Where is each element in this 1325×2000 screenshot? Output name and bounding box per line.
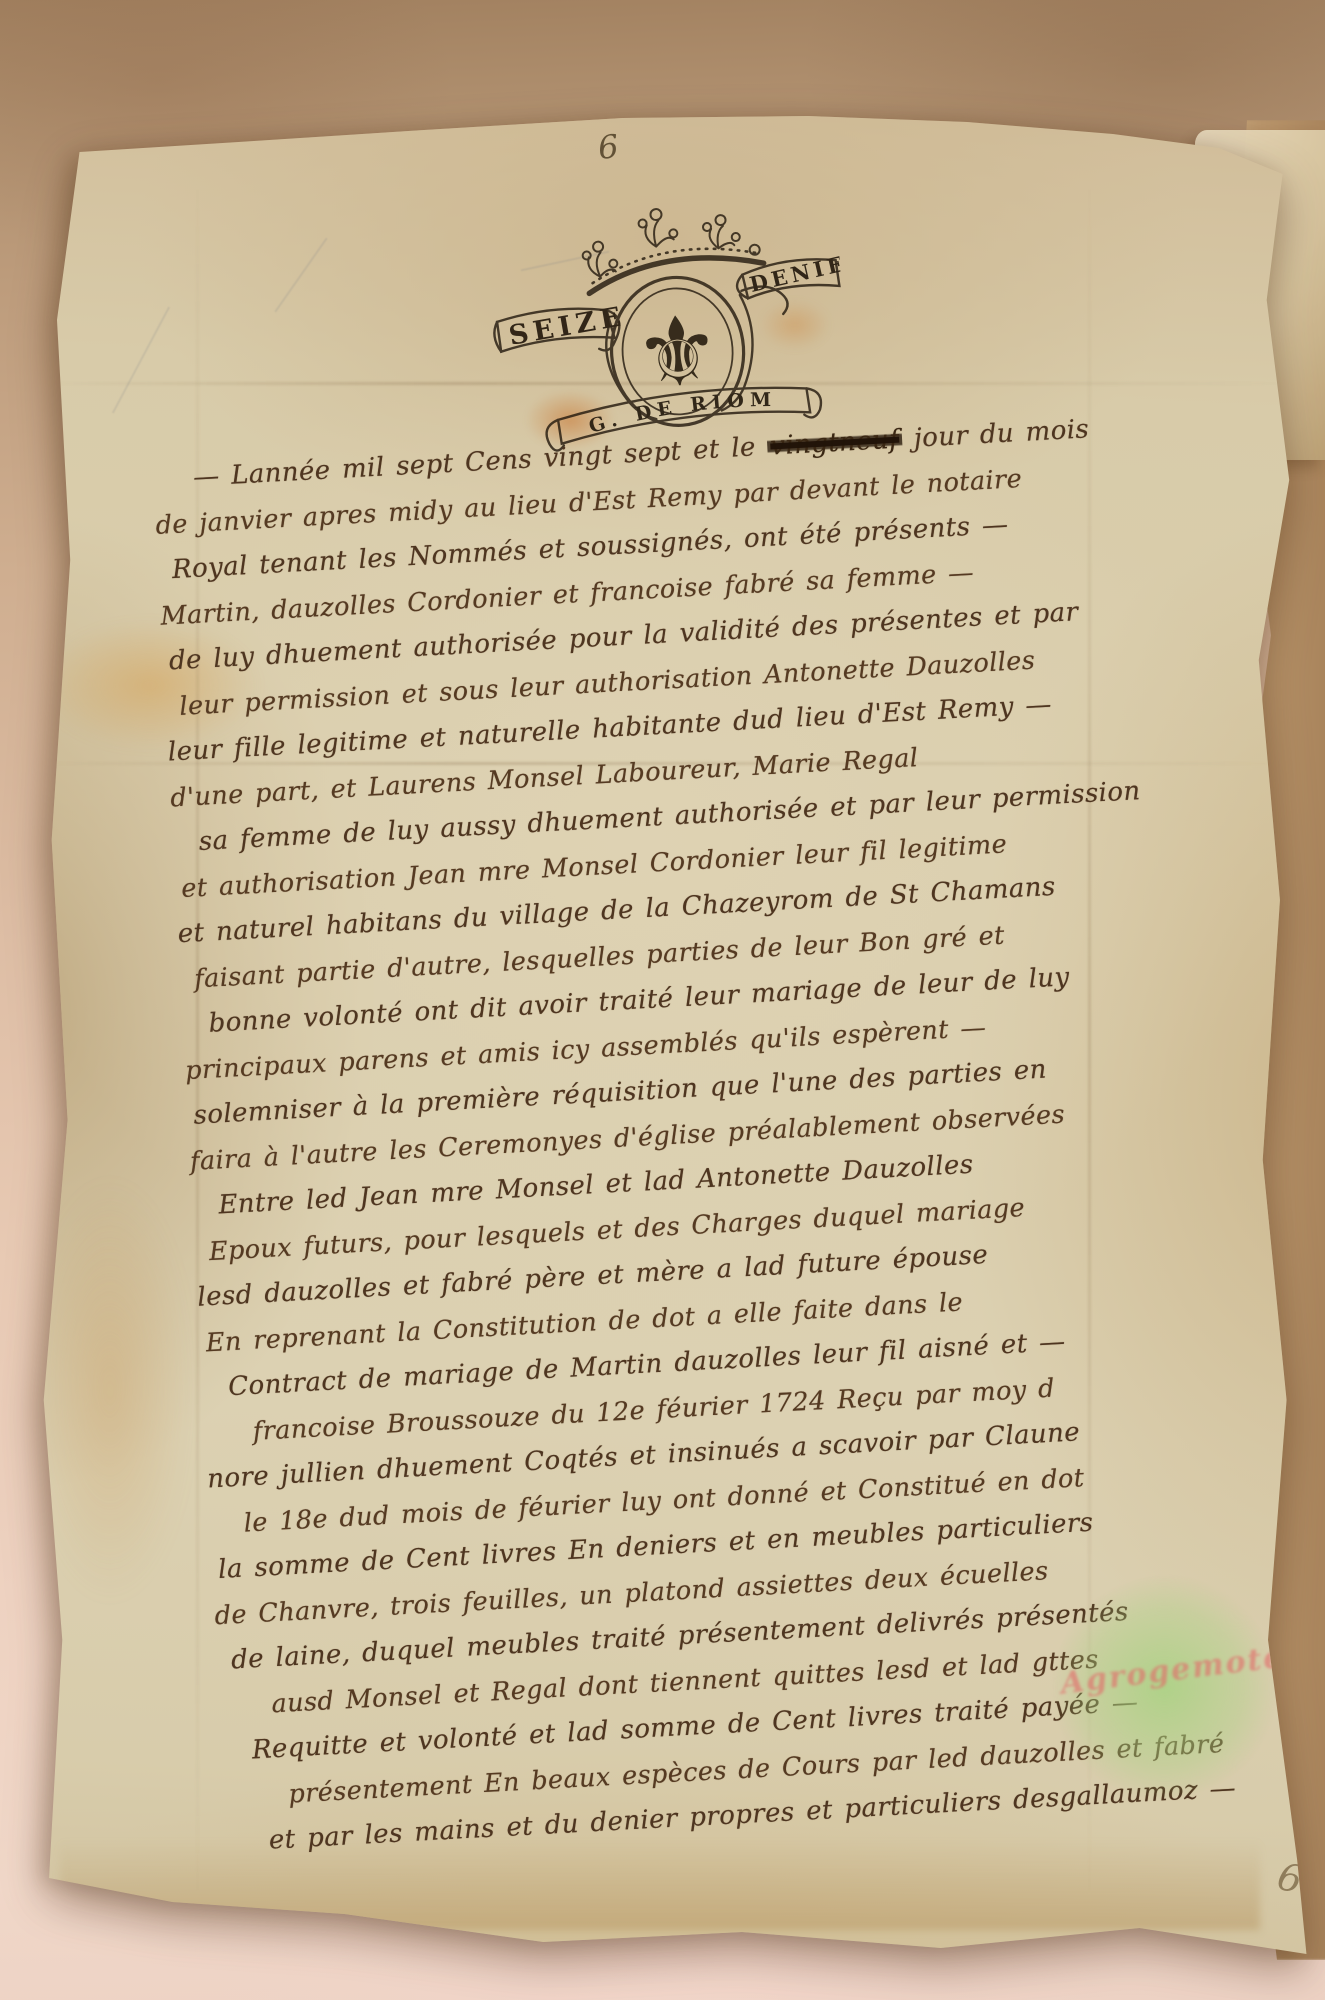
document-paper: 6 xyxy=(0,0,1325,2000)
page-number: 6 xyxy=(596,127,620,167)
green-stain: Agrogemote xyxy=(1052,1575,1277,1800)
scratch-mark xyxy=(112,307,170,414)
stain-left-lower xyxy=(30,1180,190,1600)
fleur-de-lis-icon: ⚜ xyxy=(631,294,725,412)
stamp-right-banner-text: DENIE xyxy=(747,250,849,297)
paper-wrap: 6 xyxy=(0,0,1325,2000)
scratch-mark xyxy=(274,238,327,313)
crown-fleurons xyxy=(580,202,761,278)
ribbon-bottom-curl-right xyxy=(802,388,821,418)
bleed-through-stamp-text: Agrogemote xyxy=(1059,1639,1286,1701)
corner-mark: 6 xyxy=(1273,1854,1307,1903)
photograph-scene: 6 xyxy=(0,0,1325,2000)
